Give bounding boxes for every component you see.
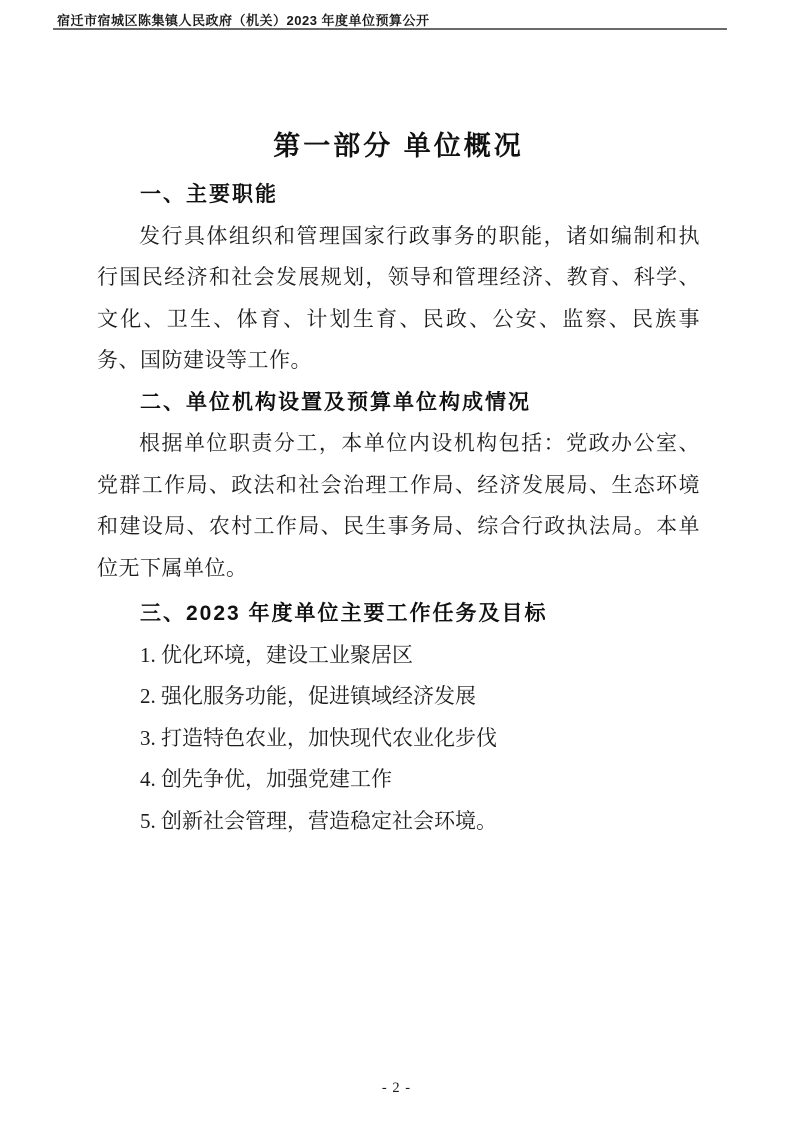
section-1-paragraph: 发行具体组织和管理国家行政事务的职能，诸如编制和执 行国民经济和社会发展规划，领… <box>97 216 700 382</box>
section-2-heading: 二、单位机构设置及预算单位构成情况 <box>97 382 700 424</box>
paragraph-line: 和建设局、农村工作局、民生事务局、综合行政执法局。本单 <box>97 506 700 548</box>
page-header: 宿迁市宿城区陈集镇人民政府（机关）2023 年度单位预算公开 <box>57 10 430 29</box>
document-page: 宿迁市宿城区陈集镇人民政府（机关）2023 年度单位预算公开 第一部分 单位概况… <box>0 0 793 1122</box>
paragraph-line: 位无下属单位。 <box>97 548 700 590</box>
task-list-item: 4. 创先争优，加强党建工作 <box>97 759 700 801</box>
page-footer: - 2 - <box>0 1080 793 1097</box>
page-number: - 2 - <box>382 1080 411 1096</box>
document-content: 第一部分 单位概况 一、主要职能 发行具体组织和管理国家行政事务的职能，诸如编制… <box>97 112 700 842</box>
task-list-item: 2. 强化服务功能，促进镇域经济发展 <box>97 676 700 718</box>
paragraph-line: 根据单位职责分工，本单位内设机构包括：党政办公室、 <box>97 423 700 465</box>
document-title: 第一部分 单位概况 <box>97 126 700 166</box>
section-3-heading: 三、2023 年度单位主要工作任务及目标 <box>97 593 700 635</box>
paragraph-line: 行国民经济和社会发展规划，领导和管理经济、教育、科学、 <box>97 257 700 299</box>
task-list: 1. 优化环境，建设工业聚居区 2. 强化服务功能，促进镇域经济发展 3. 打造… <box>97 635 700 843</box>
task-list-item: 5. 创新社会管理，营造稳定社会环境。 <box>97 801 700 843</box>
paragraph-line: 文化、卫生、体育、计划生育、民政、公安、监察、民族事 <box>97 299 700 341</box>
paragraph-line: 务、国防建设等工作。 <box>97 340 700 382</box>
section-1-heading: 一、主要职能 <box>97 174 700 216</box>
task-list-item: 3. 打造特色农业，加快现代农业化步伐 <box>97 718 700 760</box>
paragraph-line: 党群工作局、政法和社会治理工作局、经济发展局、生态环境 <box>97 465 700 507</box>
task-list-item: 1. 优化环境，建设工业聚居区 <box>97 635 700 677</box>
section-2-paragraph: 根据单位职责分工，本单位内设机构包括：党政办公室、 党群工作局、政法和社会治理工… <box>97 423 700 589</box>
header-rule <box>53 28 727 30</box>
paragraph-line: 发行具体组织和管理国家行政事务的职能，诸如编制和执 <box>97 216 700 258</box>
header-title: 宿迁市宿城区陈集镇人民政府（机关）2023 年度单位预算公开 <box>57 13 430 28</box>
